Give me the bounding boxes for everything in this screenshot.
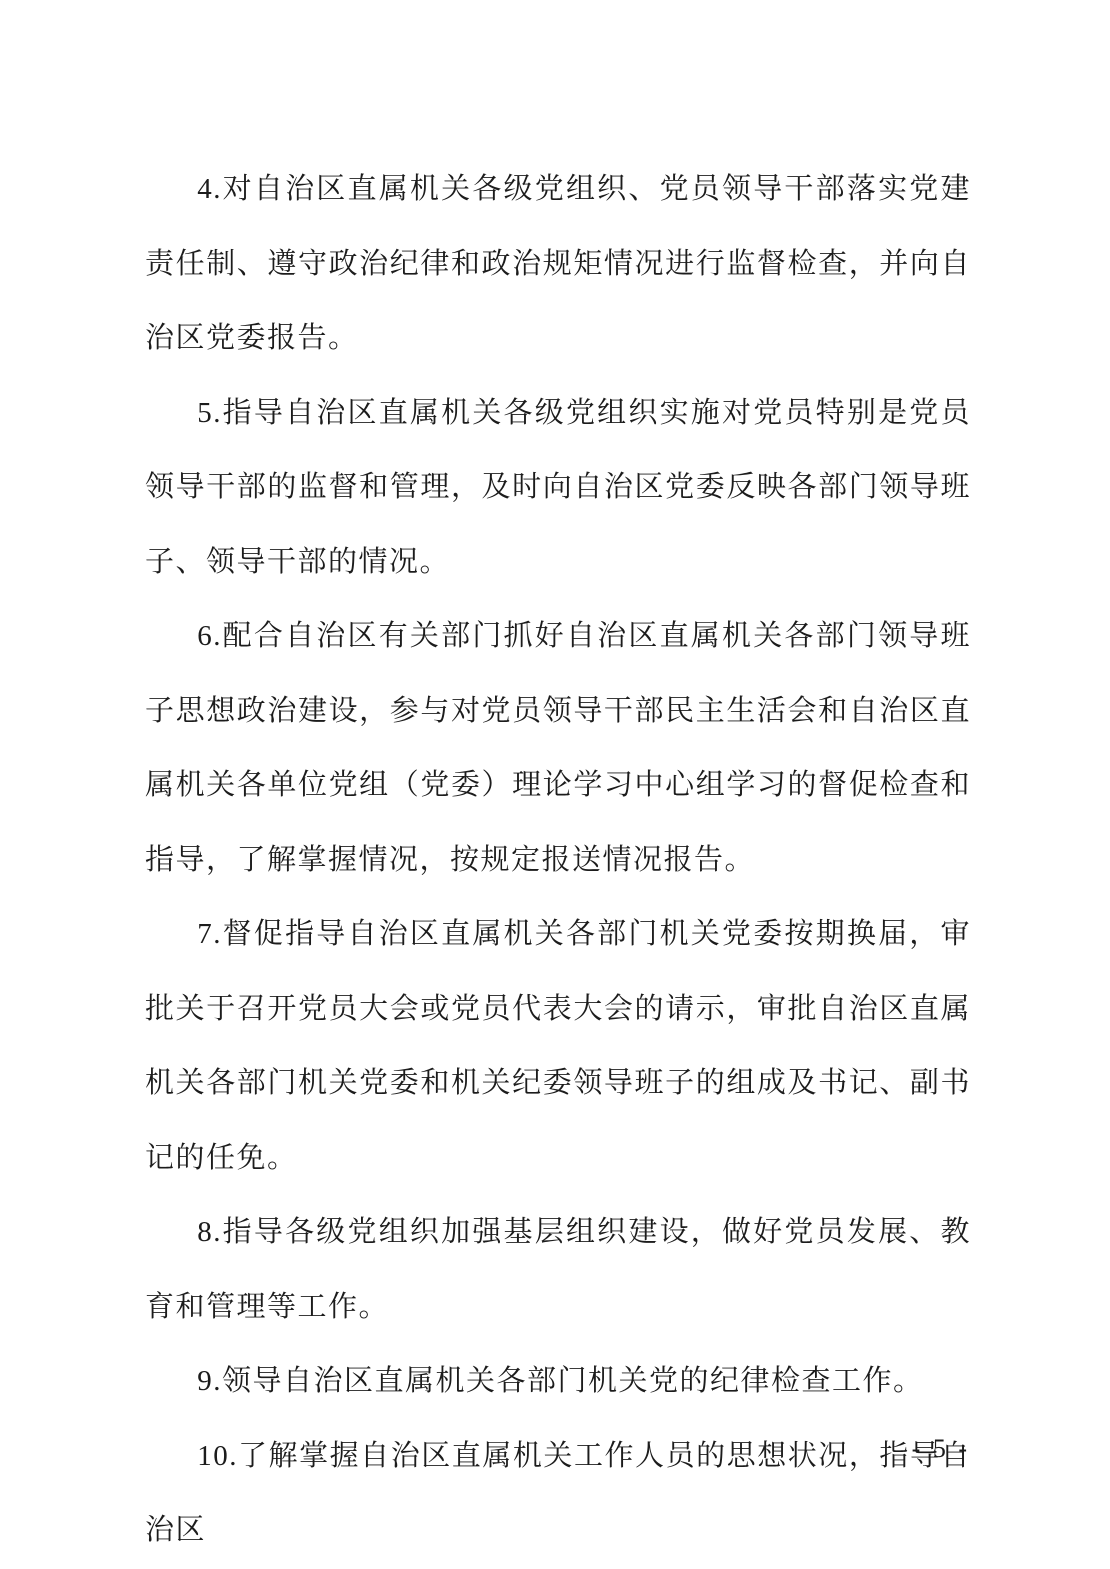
- document-body: 4.对自治区直属机关各级党组织、党员领导干部落实党建责任制、遵守政治纪律和政治规…: [145, 152, 971, 1568]
- document-paragraph-5: 5.指导自治区直属机关各级党组织实施对党员特别是党员领导干部的监督和管理，及时向…: [145, 376, 971, 600]
- document-page: 4.对自治区直属机关各级党组织、党员领导干部落实党建责任制、遵守政治纪律和政治规…: [0, 0, 1110, 1569]
- document-paragraph-7: 7.督促指导自治区直属机关各部门机关党委按期换届，审批关于召开党员大会或党员代表…: [145, 897, 971, 1195]
- document-paragraph-9: 9.领导自治区直属机关各部门机关党的纪律检查工作。: [145, 1344, 971, 1419]
- document-paragraph-4: 4.对自治区直属机关各级党组织、党员领导干部落实党建责任制、遵守政治纪律和政治规…: [145, 152, 971, 376]
- page-number: - 5 -: [912, 1434, 970, 1464]
- document-paragraph-8: 8.指导各级党组织加强基层组织建设，做好党员发展、教育和管理等工作。: [145, 1195, 971, 1344]
- document-paragraph-10: 10.了解掌握自治区直属机关工作人员的思想状况，指导自治区: [145, 1419, 971, 1568]
- document-paragraph-6: 6.配合自治区有关部门抓好自治区直属机关各部门领导班子思想政治建设，参与对党员领…: [145, 599, 971, 897]
